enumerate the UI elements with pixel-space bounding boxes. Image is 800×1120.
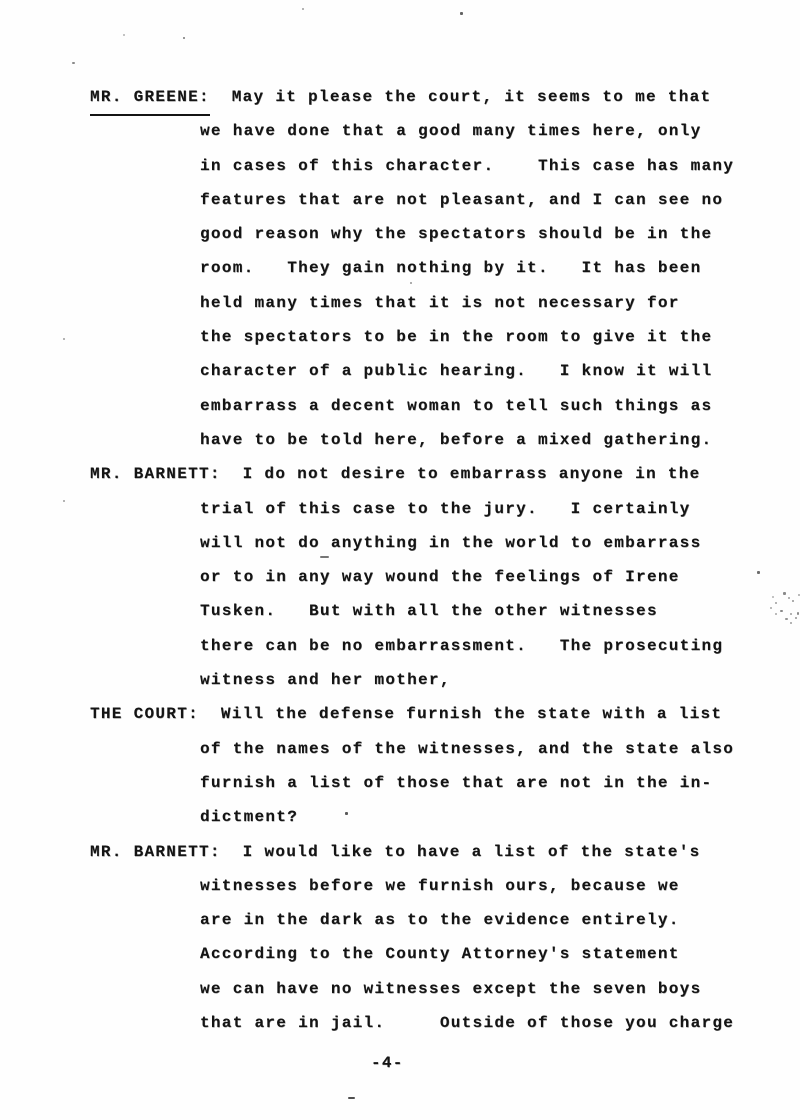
scan-speck [63, 500, 65, 502]
transcript-line: or to in any way wound the feelings of I… [90, 560, 734, 594]
scan-speck [63, 338, 65, 340]
speaker-label: MR. BARNETT: [90, 457, 221, 491]
transcript-line: in cases of this character. This case ha… [90, 149, 734, 183]
transcript-line: character of a public hearing. I know it… [90, 354, 734, 388]
transcript-line: MR. GREENE: May it please the court, it … [90, 80, 734, 114]
transcript-line: MR. BARNETT: I would like to have a list… [90, 835, 734, 869]
scan-speck [460, 12, 463, 15]
transcript-line: that are in jail. Outside of those you c… [90, 1006, 734, 1040]
transcript-line: dictment? [90, 800, 734, 834]
scan-speck [72, 62, 75, 64]
speaker-label: MR. GREENE: [90, 80, 210, 116]
scan-speck [788, 597, 790, 599]
scan-speck [348, 1097, 355, 1099]
transcript-line: trial of this case to the jury. I certai… [90, 492, 734, 526]
transcript-line: witness and her mother, [90, 663, 734, 697]
transcript-line: we can have no witnesses except the seve… [90, 972, 734, 1006]
transcript-line: are in the dark as to the evidence entir… [90, 903, 734, 937]
transcript-line: good reason why the spectators should be… [90, 217, 734, 251]
transcript-line: THE COURT: Will the defense furnish the … [90, 697, 734, 731]
transcript-line: furnish a list of those that are not in … [90, 766, 734, 800]
scan-speck [790, 613, 792, 615]
transcript-line: the spectators to be in the room to give… [90, 320, 734, 354]
transcript-body: MR. GREENE: May it please the court, it … [90, 80, 734, 1040]
transcript-line: Tusken. But with all the other witnesses [90, 594, 734, 628]
scan-speck [797, 612, 799, 615]
scan-speck [183, 37, 185, 39]
scan-speck [772, 596, 774, 598]
speaker-label: THE COURT: [90, 697, 199, 731]
scan-speck [123, 34, 125, 36]
scan-speck [785, 618, 788, 620]
scan-speck [770, 607, 772, 609]
scan-speck [795, 617, 797, 619]
transcript-line: features that are not pleasant, and I ca… [90, 183, 734, 217]
transcript-line: held many times that it is not necessary… [90, 286, 734, 320]
transcript-line: have to be told here, before a mixed gat… [90, 423, 734, 457]
transcript-line: witnesses before we furnish ours, becaus… [90, 869, 734, 903]
page-number: -4- [371, 1054, 404, 1072]
scan-speck [775, 602, 777, 604]
scan-speck [792, 600, 794, 602]
speaker-label: MR. BARNETT: [90, 835, 221, 869]
transcript-line: of the names of the witnesses, and the s… [90, 732, 734, 766]
transcript-line: embarrass a decent woman to tell such th… [90, 389, 734, 423]
transcript-line: room. They gain nothing by it. It has be… [90, 251, 734, 285]
scan-speck [790, 622, 792, 624]
transcript-line: According to the County Attorney's state… [90, 937, 734, 971]
scan-speck [780, 610, 783, 612]
scanned-document-page: MR. GREENE: May it please the court, it … [0, 0, 800, 1120]
scan-speck [302, 8, 304, 10]
scan-speck [757, 571, 760, 574]
transcript-line: we have done that a good many times here… [90, 114, 734, 148]
transcript-line: will not do anything in the world to emb… [90, 526, 734, 560]
scan-speck [783, 592, 786, 595]
transcript-line: there can be no embarrassment. The prose… [90, 629, 734, 663]
transcript-line: MR. BARNETT: I do not desire to embarras… [90, 457, 734, 491]
scan-speck [775, 613, 777, 615]
